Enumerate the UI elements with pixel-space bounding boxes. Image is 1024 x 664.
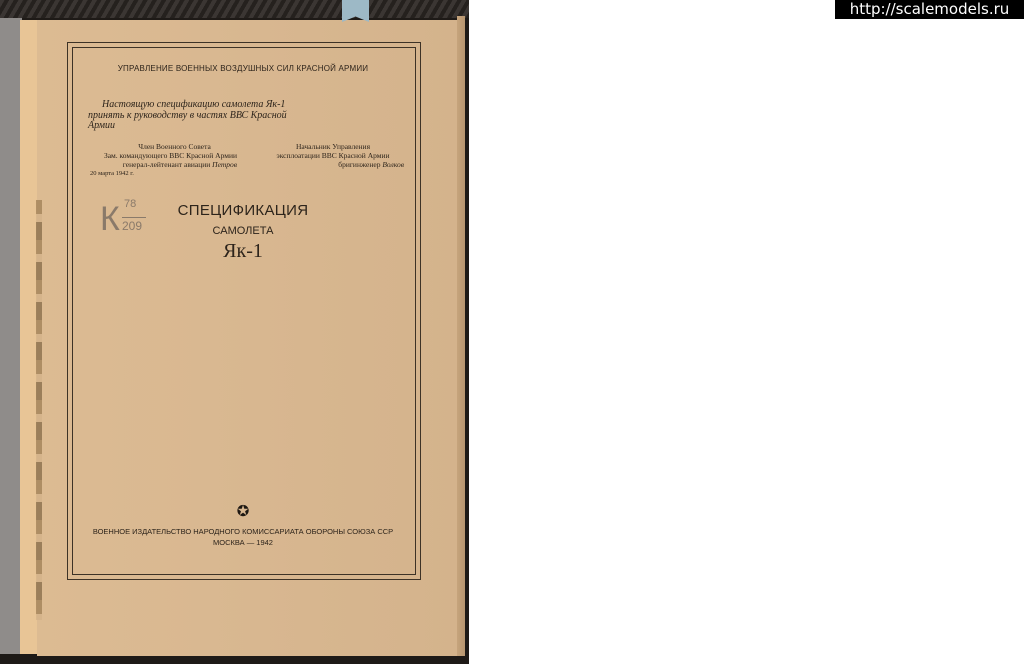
signatory-right-name: Волков [382, 160, 404, 169]
signatory-right-line-2: эксплоатации ВВС Красной Армии [262, 151, 404, 160]
publication-city-year: МОСКВА — 1942 [72, 538, 414, 547]
approval-line-3: Армии [88, 121, 288, 132]
signatory-left-name: Петров [212, 160, 237, 169]
signatory-right-line-3: бригинженер Волков [262, 160, 404, 169]
publisher-name: ВОЕННОЕ ИЗДАТЕЛЬСТВО НАРОДНОГО КОМИССАРИ… [72, 527, 414, 536]
approval-date: 20 марта 1942 г. [90, 170, 134, 177]
signatory-left-rank: генерал-лейтенант авиации [123, 160, 212, 169]
page-stack-edge [457, 16, 465, 656]
spine-stain [36, 200, 42, 620]
scan-background-left [0, 18, 22, 654]
signatory-left: Член Военного Совета Зам. командующего В… [82, 142, 237, 169]
signatory-left-line-3: генерал-лейтенант авиации Петров [82, 160, 237, 169]
signatory-left-line-2: Зам. командующего ВВС Красной Армии [82, 151, 237, 160]
issuing-authority: УПРАВЛЕНИЕ ВОЕННЫХ ВОЗДУШНЫХ СИЛ КРАСНОЙ… [72, 64, 414, 73]
signatory-left-line-1: Член Военного Совета [82, 142, 237, 151]
signatory-right-rank: бригинженер [338, 160, 382, 169]
approval-statement: Настоящую спецификацию самолета Як-1 при… [88, 100, 288, 132]
aircraft-name: Як-1 [72, 240, 414, 263]
star-emblem-icon: ✪ [234, 503, 252, 521]
approval-line-1: Настоящую спецификацию самолета Як-1 [88, 100, 288, 111]
scanned-book-page: УПРАВЛЕНИЕ ВОЕННЫХ ВОЗДУШНЫХ СИЛ КРАСНОЙ… [0, 0, 469, 664]
signatory-right: Начальник Управления эксплоатации ВВС Кр… [262, 142, 404, 169]
document-title: СПЕЦИФИКАЦИЯ [72, 202, 414, 219]
book-binding-top [0, 0, 469, 18]
bookmark-ribbon-icon [342, 0, 369, 22]
document-subtitle: САМОЛЕТА [72, 225, 414, 237]
site-watermark: http://scalemodels.ru [835, 0, 1024, 19]
signatory-right-line-1: Начальник Управления [262, 142, 404, 151]
approval-line-2: принять к руководству в частях ВВС Красн… [88, 111, 288, 122]
